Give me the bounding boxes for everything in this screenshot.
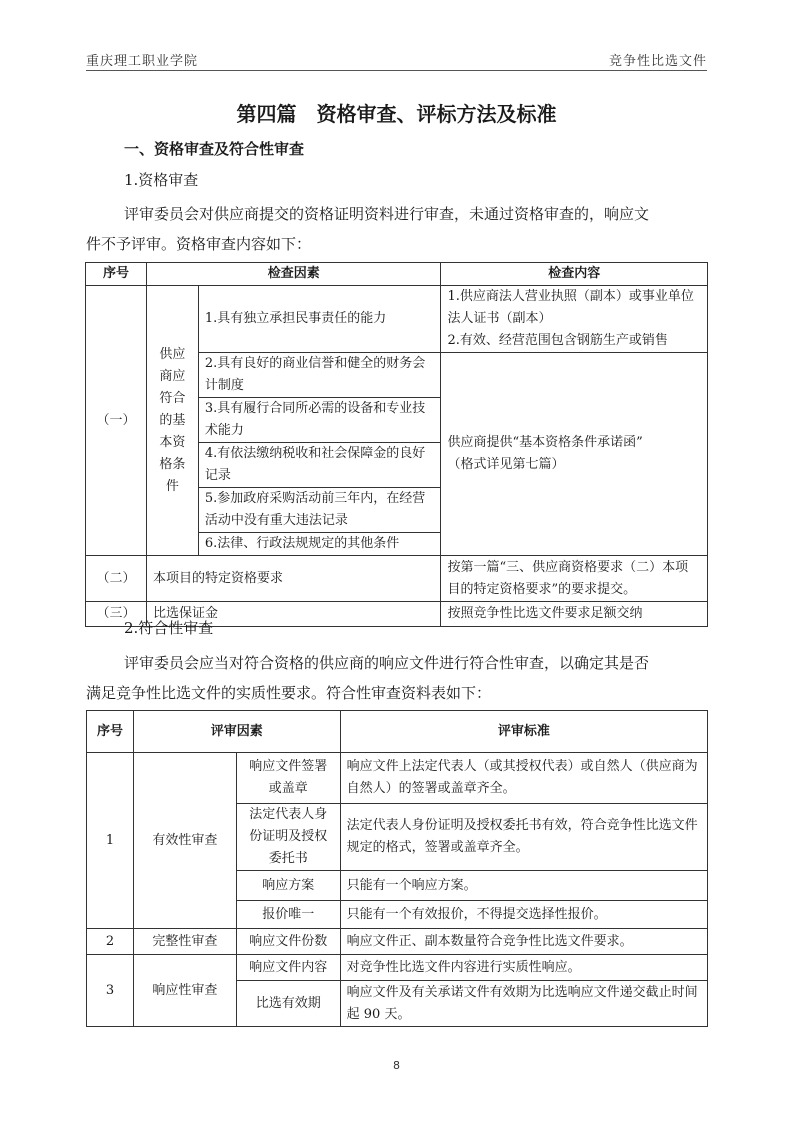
paragraph-line: 满足竞争性比选文件的实质性要求。符合性审查资料表如下：	[86, 678, 491, 708]
page-title: 第四篇 资格审查、评标方法及标准	[0, 98, 793, 127]
factor-cell: 报价唯一	[236, 901, 340, 929]
subheading-compliance: 2.符合性审查	[124, 613, 213, 643]
content-cell: 按第一篇“三、供应商资格要求（二）本项目的特定资格要求”的要求提交。	[441, 556, 708, 602]
category-cell: 完整性审查	[133, 929, 236, 955]
col-header: 序号	[87, 711, 134, 753]
section-heading: 一、资格审查及符合性审查	[124, 138, 304, 159]
standard-cell: 法定代表人身份证明及授权委托书有效，符合竞争性比选文件规定的格式，签署或盖章齐全…	[340, 804, 707, 871]
factor-cell: 4.有依法缴纳税收和社会保障金的良好记录	[198, 443, 441, 488]
standard-cell: 响应文件正、副本数量符合竞争性比选文件要求。	[340, 929, 707, 955]
page-header: 重庆理工职业学院 竞争性比选文件	[86, 48, 707, 71]
row-number: 3	[87, 955, 134, 1027]
factor-cell: 响应文件签署或盖章	[236, 753, 340, 804]
factor-cell: 响应文件内容	[236, 955, 340, 981]
standard-cell: 只能有一个有效报价，不得提交选择性报价。	[340, 901, 707, 929]
paragraph-line: 评审委员会对供应商提交的资格证明资料进行审查，未通过资格审查的，响应文	[124, 199, 649, 229]
factor-cell: 本项目的特定资格要求	[146, 556, 440, 602]
col-header: 检查内容	[441, 263, 708, 286]
header-doc-type: 竞争性比选文件	[609, 50, 707, 69]
row-number: （二）	[86, 556, 147, 602]
header-org: 重庆理工职业学院	[86, 50, 198, 69]
row-number: 2	[87, 929, 134, 955]
paragraph-line: 评审委员会应当对符合资格的供应商的响应文件进行符合性审查，以确定其是否	[124, 648, 649, 678]
paragraph-line: 件不予评审。资格审查内容如下：	[86, 229, 311, 259]
subheading-qualification: 1.资格审查	[124, 165, 198, 195]
col-header: 评审标准	[340, 711, 707, 753]
content-cell: 按照竞争性比选文件要求足额交纳	[441, 602, 708, 627]
compliance-table: 序号 评审因素 评审标准 1 有效性审查 响应文件签署或盖章 响应文件上法定代表…	[86, 710, 708, 1027]
standard-cell: 只能有一个响应方案。	[340, 871, 707, 901]
page-number: 8	[0, 1059, 793, 1072]
factor-cell: 5.参加政府采购活动前三年内，在经营活动中没有重大违法记录	[198, 488, 441, 533]
factor-cell: 响应文件份数	[236, 929, 340, 955]
standard-cell: 响应文件上法定代表人（或其授权代表）或自然人（供应商为自然人）的签署或盖章齐全。	[340, 753, 707, 804]
col-header: 检查因素	[146, 263, 440, 286]
content-cell: 1.供应商法人营业执照（副本）或事业单位法人证书（副本） 2.有效、经营范围包含…	[441, 286, 708, 353]
category-cell: 供应 商应 符合 的基 本资 格条 件	[146, 286, 198, 556]
factor-cell: 响应方案	[236, 871, 340, 901]
qualification-table: 序号 检查因素 检查内容 （一） 供应 商应 符合 的基 本资 格条 件 1.具…	[85, 262, 708, 627]
factor-cell: 6.法律、行政法规规定的其他条件	[198, 533, 441, 556]
factor-cell: 2.具有良好的商业信誉和健全的财务会计制度	[198, 353, 441, 398]
row-number: （一）	[86, 286, 147, 556]
content-cell: 供应商提供“基本资格条件承诺函” （格式详见第七篇）	[441, 353, 708, 556]
standard-cell: 响应文件及有关承诺文件有效期为比选响应文件递交截止时间起 90 天。	[340, 981, 707, 1027]
col-header: 评审因素	[133, 711, 340, 753]
category-cell: 有效性审查	[133, 753, 236, 929]
standard-cell: 对竞争性比选文件内容进行实质性响应。	[340, 955, 707, 981]
factor-cell: 比选有效期	[236, 981, 340, 1027]
factor-cell: 1.具有独立承担民事责任的能力	[198, 286, 441, 353]
category-cell: 响应性审查	[133, 955, 236, 1027]
factor-cell: 法定代表人身份证明及授权委托书	[236, 804, 340, 871]
row-number: 1	[87, 753, 134, 929]
factor-cell: 3.具有履行合同所必需的设备和专业技术能力	[198, 398, 441, 443]
col-header: 序号	[86, 263, 147, 286]
